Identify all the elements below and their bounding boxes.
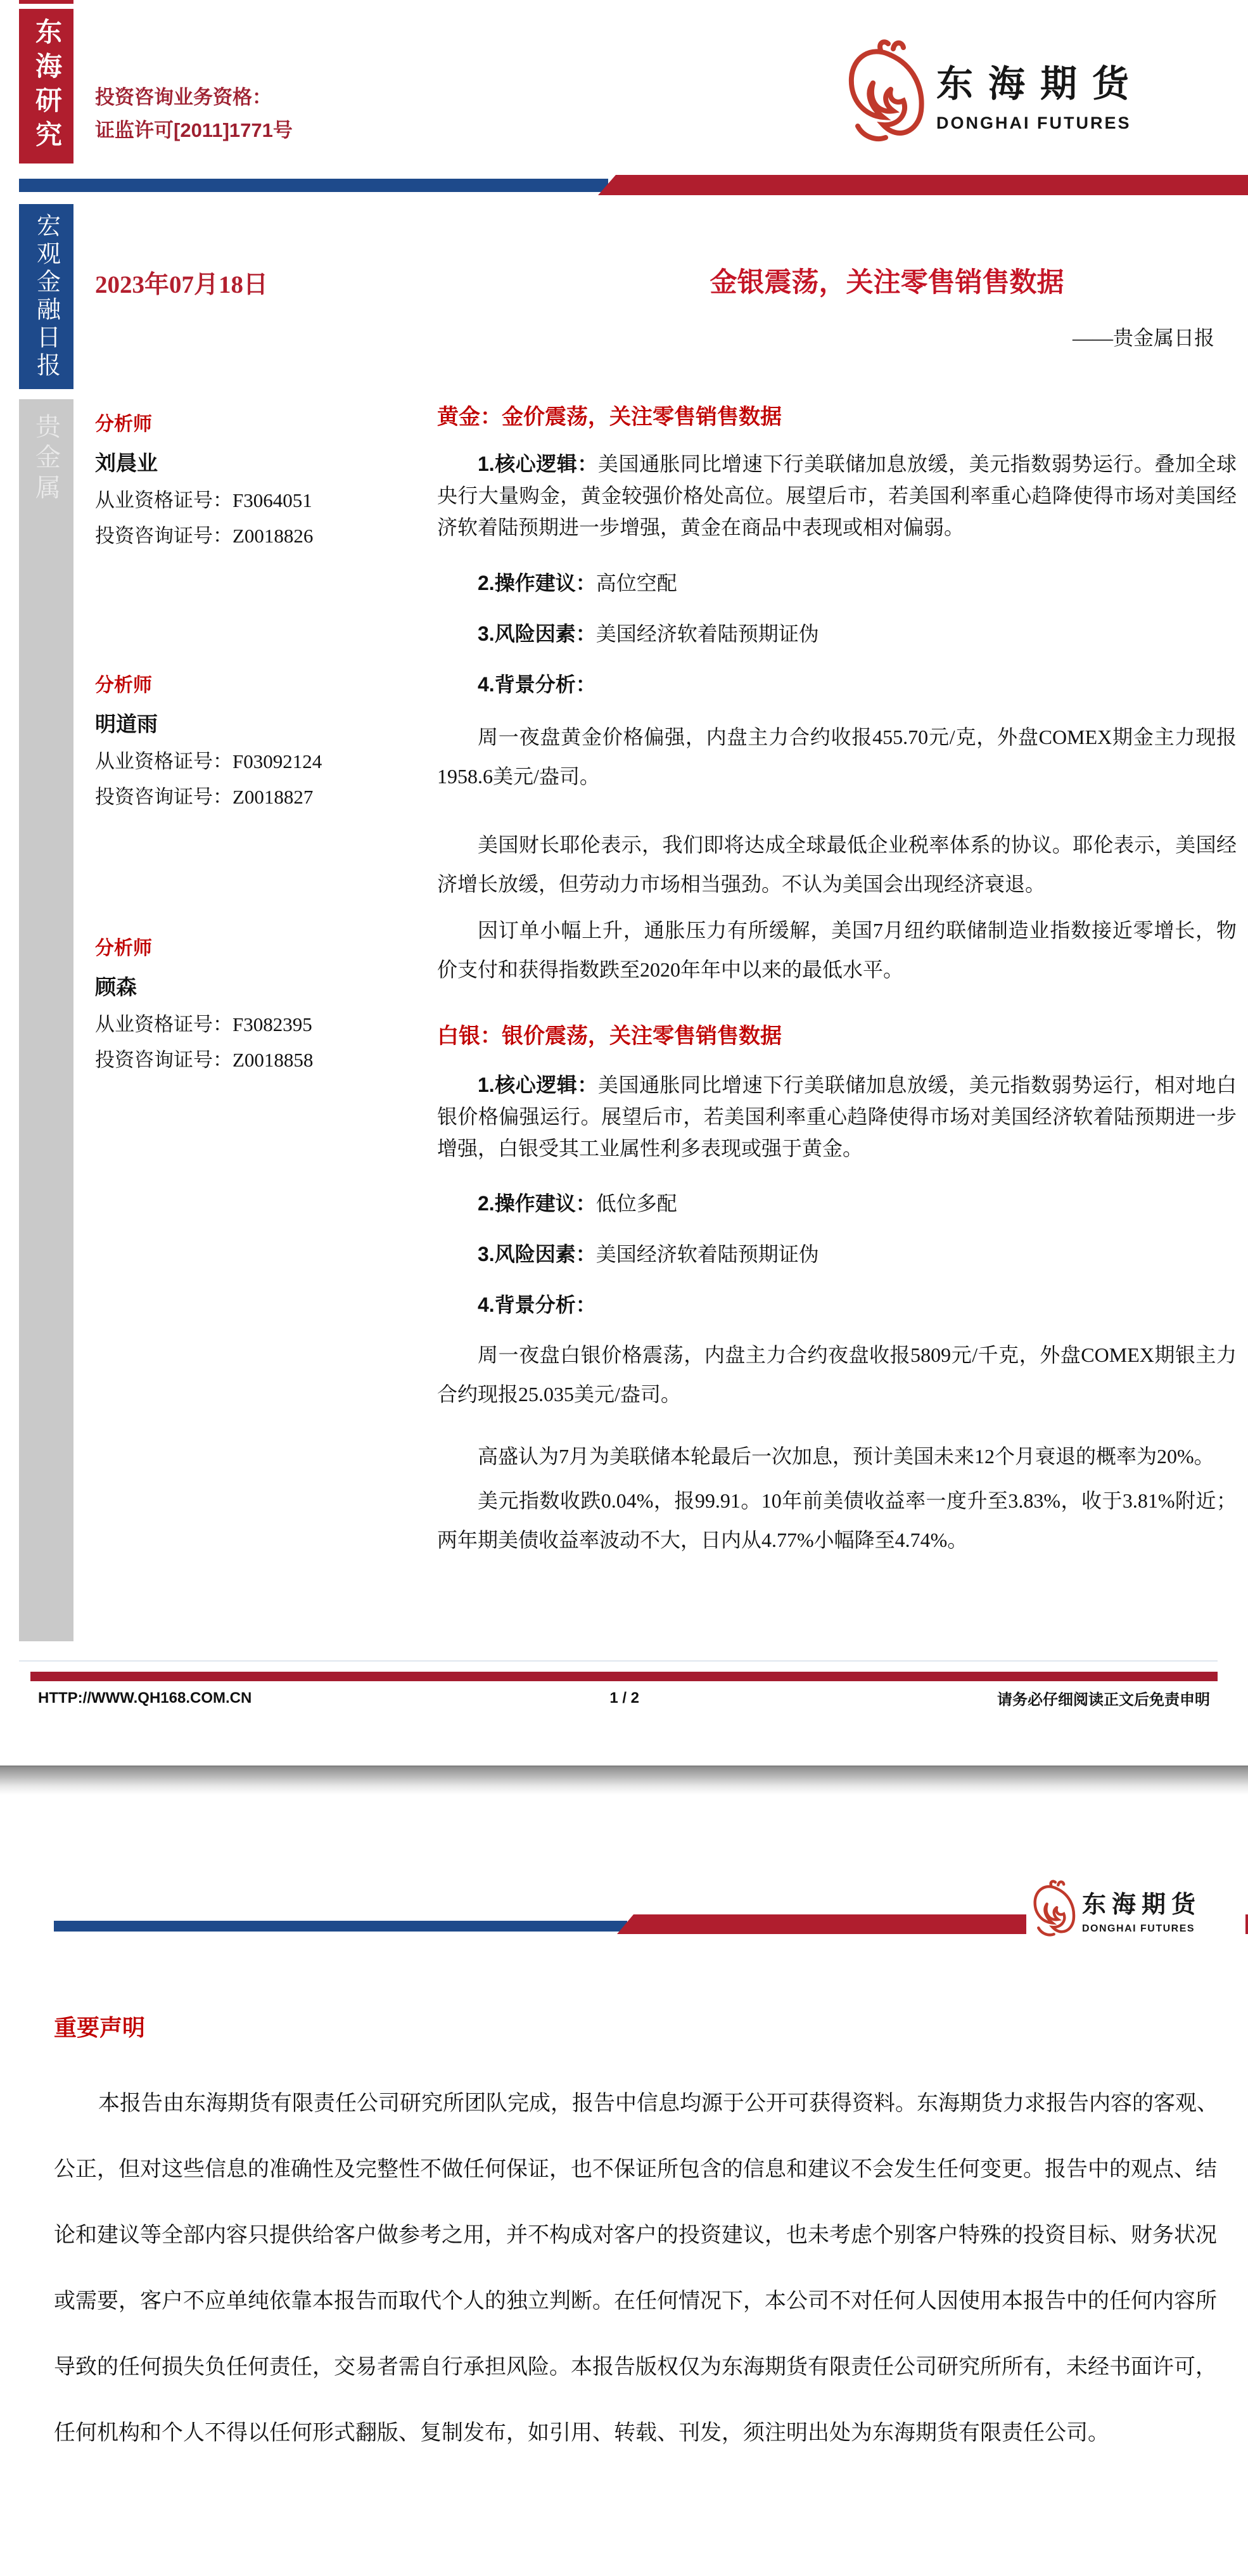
disclaimer-line: 任何机构和个人不得以任何形式翻版、复制发布，如引用、转载、刊发，须注明出处为东海… xyxy=(54,2400,1197,2466)
subcategory-label: 贵金属 xyxy=(29,413,65,1641)
declaration-title: 重要声明 xyxy=(54,2010,145,2042)
silver-background-label: 4.背景分析： xyxy=(437,1289,1237,1321)
analyst-name: 刘晨业 xyxy=(95,447,412,484)
analyst-advisory: 投资咨询证号：Z0018827 xyxy=(95,781,412,816)
analyst-advisory: 投资咨询证号：Z0018858 xyxy=(95,1044,412,1079)
silver-risk-factor: 3.风险因素：美国经济软着陆预期证伪 xyxy=(437,1238,1237,1270)
item-text: 美国经济软着陆预期证伪 xyxy=(596,622,819,645)
disclaimer-line: 公正，但对这些信息的准确性及完整性不做任何保证，也不保证所包含的信息和建议不会发… xyxy=(54,2137,1197,2203)
header-bar-blue xyxy=(19,179,608,192)
item-label: 4.背景分析： xyxy=(478,673,596,696)
disclaimer-line: 导致的任何损失负任何责任，交易者需自行承担风险。本报告版权仅为东海期货有限责任公… xyxy=(54,2335,1197,2400)
analyst-role: 分析师 xyxy=(95,672,412,708)
item-text: 高位空配 xyxy=(596,572,677,594)
analyst-qualification: 从业资格证号：F3064051 xyxy=(95,484,412,520)
dragon-logo-icon xyxy=(843,37,925,150)
analyst-block: 分析师 刘晨业 从业资格证号：F3064051 投资咨询证号：Z0018826 xyxy=(95,411,412,555)
gold-background-label: 4.背景分析： xyxy=(437,669,1237,700)
footer-divider xyxy=(19,1660,1218,1662)
analyst-name: 顾森 xyxy=(95,971,412,1008)
gold-paragraph: 因订单小幅上升，通胀压力有所缓解，美国7月纽约联储制造业指数接近零增长，物价支付… xyxy=(437,911,1237,989)
logo-chinese-name: 东海期货 xyxy=(1082,1885,1201,1919)
item-text: 美国经济软着陆预期证伪 xyxy=(596,1243,819,1266)
page-number: 1 / 2 xyxy=(609,1689,639,1707)
company-logo: 东海期货 DONGHAI FUTURES xyxy=(1026,1873,1245,1946)
report-document: 东海研究 投资咨询业务资格： 证监许可[2011]1771号 东海期货 DONG… xyxy=(0,0,1248,2576)
silver-core-logic: 1.核心逻辑：美国通胀同比增速下行美联储加息放缓，美元指数弱势运行，相对地白银价… xyxy=(437,1069,1237,1164)
research-banner: 东海研究 xyxy=(19,9,73,163)
disclaimer-line: 或需要，客户不应单纯依靠本报告而取代个人的独立判断。在任何情况下，本公司不对任何… xyxy=(54,2269,1197,2335)
report-body: 黄金：金价震荡，关注零售销售数据 1.核心逻辑：美国通胀同比增速下行美联储加息放… xyxy=(437,390,1237,1560)
logo-english-name: DONGHAI FUTURES xyxy=(1082,1923,1201,1935)
gold-paragraph: 周一夜盘黄金价格偏强，内盘主力合约收报455.70元/克，外盘COMEX期金主力… xyxy=(437,717,1237,796)
disclaimer-line: 论和建议等全部内容只提供给客户做参考之用，并不构成对客户的投资建议，也未考虑个别… xyxy=(54,2203,1197,2269)
logo-english-name: DONGHAI FUTURES xyxy=(936,113,1144,133)
report-category-label: 宏观金融日报 xyxy=(29,213,64,380)
header-bar-red xyxy=(598,175,1248,195)
report-subtitle: ——贵金属日报 xyxy=(557,322,1214,351)
footer-notice: 请务必仔细阅读正文后免责申明 xyxy=(997,1687,1210,1709)
analyst-block: 分析师 明道雨 从业资格证号：F03092124 投资咨询证号：Z0018827 xyxy=(95,672,412,816)
disclaimer-line: 本报告由东海期货有限责任公司研究所团队完成，报告中信息均源于公开可获得资料。东海… xyxy=(54,2071,1197,2137)
item-label: 2.操作建议： xyxy=(478,1192,596,1215)
silver-paragraph: 美元指数收跌0.04%，报99.91。10年前美债收益率一度升至3.83%，收于… xyxy=(437,1481,1237,1560)
analyst-name: 明道雨 xyxy=(95,708,412,745)
page2-bar-blue xyxy=(54,1921,627,1932)
report-title: 金银震荡，关注零售销售数据 xyxy=(557,261,1216,300)
gold-paragraph: 美国财长耶伦表示，我们即将达成全球最低企业税率体系的协议。耶伦表示，美国经济增长… xyxy=(437,825,1237,904)
silver-operation-advice: 2.操作建议：低位多配 xyxy=(437,1188,1237,1219)
analyst-qualification: 从业资格证号：F3082395 xyxy=(95,1008,412,1044)
gold-core-logic: 1.核心逻辑：美国通胀同比增速下行美联储加息放缓，美元指数弱势运行。叠加全球央行… xyxy=(437,448,1237,543)
item-label: 1.核心逻辑： xyxy=(478,452,598,475)
item-label: 1.核心逻辑： xyxy=(478,1073,598,1096)
analyst-block: 分析师 顾森 从业资格证号：F3082395 投资咨询证号：Z0018858 xyxy=(95,935,412,1079)
logo-chinese-name: 东海期货 xyxy=(936,54,1144,107)
item-label: 4.背景分析： xyxy=(478,1293,596,1316)
silver-paragraph: 周一夜盘白银价格震荡，内盘主力合约夜盘收报5809元/千克，外盘COMEX期银主… xyxy=(437,1335,1237,1414)
analyst-qualification: 从业资格证号：F03092124 xyxy=(95,745,412,781)
license-line2: 证监许可[2011]1771号 xyxy=(95,114,293,147)
disclaimer-text: 本报告由东海期货有限责任公司研究所团队完成，报告中信息均源于公开可获得资料。东海… xyxy=(54,2071,1197,2466)
report-date: 2023年07月18日 xyxy=(95,265,268,300)
license-info: 投资咨询业务资格： 证监许可[2011]1771号 xyxy=(95,81,293,147)
page-footer: HTTP://WWW.QH168.COM.CN 1 / 2 请务必仔细阅读正文后… xyxy=(38,1687,1210,1709)
item-text: 低位多配 xyxy=(596,1192,677,1215)
gold-section-heading: 黄金：金价震荡，关注零售销售数据 xyxy=(437,399,1237,430)
analyst-role: 分析师 xyxy=(95,935,412,971)
analyst-role: 分析师 xyxy=(95,411,412,447)
dragon-logo-icon xyxy=(1030,1878,1076,1942)
item-label: 3.风险因素： xyxy=(478,1243,596,1266)
item-label: 3.风险因素： xyxy=(478,622,596,645)
footer-url: HTTP://WWW.QH168.COM.CN xyxy=(38,1689,252,1707)
license-line1: 投资咨询业务资格： xyxy=(95,81,293,114)
page-gap-divider xyxy=(0,1765,1248,1795)
company-logo: 东海期货 DONGHAI FUTURES xyxy=(843,35,1144,152)
top-red-strip xyxy=(19,0,73,4)
subcategory-banner: 贵金属 xyxy=(19,399,73,1641)
item-label: 2.操作建议： xyxy=(478,572,596,594)
analyst-advisory: 投资咨询证号：Z0018826 xyxy=(95,520,412,555)
gold-risk-factor: 3.风险因素：美国经济软着陆预期证伪 xyxy=(437,618,1237,650)
report-category-banner: 宏观金融日报 xyxy=(19,204,73,389)
silver-section-heading: 白银：银价震荡，关注零售销售数据 xyxy=(437,1018,1237,1049)
silver-paragraph: 高盛认为7月为美联储本轮最后一次加息，预计美国未来12个月衰退的概率为20%。 xyxy=(437,1437,1237,1476)
gold-operation-advice: 2.操作建议：高位空配 xyxy=(437,567,1237,599)
research-banner-label: 东海研究 xyxy=(27,18,65,155)
footer-red-bar xyxy=(30,1672,1218,1681)
